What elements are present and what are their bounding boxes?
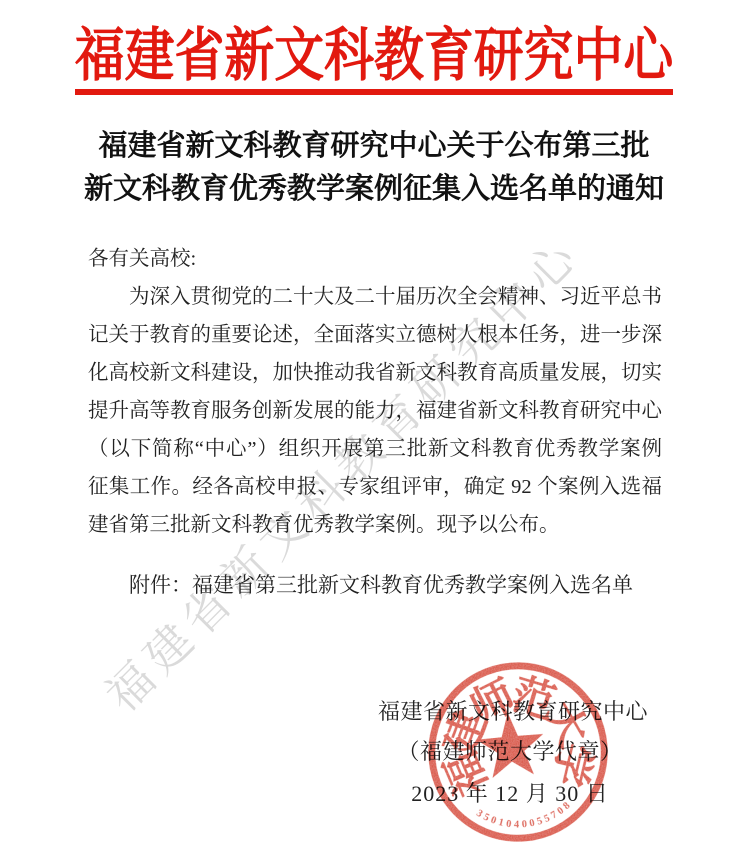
document-title: 福建省新文科教育研究中心关于公布第三批 新文科教育优秀教学案例征集入选名单的通知 (0, 125, 748, 211)
attachment-line: 附件：福建省第三批新文科教育优秀教学案例入选名单 (88, 566, 662, 604)
body-line: 提升高等教育服务创新发展的能力，福建省新文科教育研究中心 (88, 392, 662, 430)
salutation: 各有关高校: (88, 240, 662, 278)
svg-text:0: 0 (529, 818, 536, 830)
body-line: 征集工作。经各高校申报、专家组评审，确定 92 个案例入选福 (88, 468, 662, 506)
signature-agent-note: （福建师范大学代章） (378, 732, 642, 772)
document-body: 各有关高校: 为深入贯彻党的二十大及二十届历次全会精神、习近平总书 记关于教育的… (88, 240, 662, 604)
body-line: 为深入贯彻党的二十大及二十届历次全会精神、习近平总书 (88, 278, 662, 316)
document-page: 福建省新文科教育研究中心 福建省新文科教育研究中心 福建省新文科教育研究中心关于… (0, 0, 748, 867)
document-title-line2: 新文科教育优秀教学案例征集入选名单的通知 (0, 168, 748, 211)
body-line: （以下简称“中心”）组织开展第三批新文科教育优秀教学案例 (88, 430, 662, 468)
svg-text:1: 1 (497, 817, 505, 829)
signature-block: 福建省新文科教育研究中心 （福建师范大学代章） 2023 年 12 月 30 日 (378, 692, 642, 816)
svg-text:4: 4 (514, 819, 519, 830)
signature-date: 2023 年 12 月 30 日 (378, 772, 642, 816)
body-line: 建省第三批新文科教育优秀教学案例。现予以公布。 (88, 506, 662, 544)
letterhead-org-name: 福建省新文科教育研究中心 (52, 8, 695, 92)
body-line: 记关于教育的重要论述，全面落实立德树人根本任务，进一步深 (88, 316, 662, 354)
svg-text:0: 0 (521, 819, 527, 830)
letterhead-rule (75, 89, 673, 95)
svg-text:5: 5 (536, 816, 544, 828)
body-line: 化高校新文科建设，加快推动我省新文科教育高质量发展，切实 (88, 354, 662, 392)
signature-org-name: 福建省新文科教育研究中心 (378, 692, 642, 732)
document-title-line1: 福建省新文科教育研究中心关于公布第三批 (0, 125, 748, 168)
svg-text:0: 0 (489, 815, 498, 827)
svg-text:0: 0 (505, 819, 512, 831)
